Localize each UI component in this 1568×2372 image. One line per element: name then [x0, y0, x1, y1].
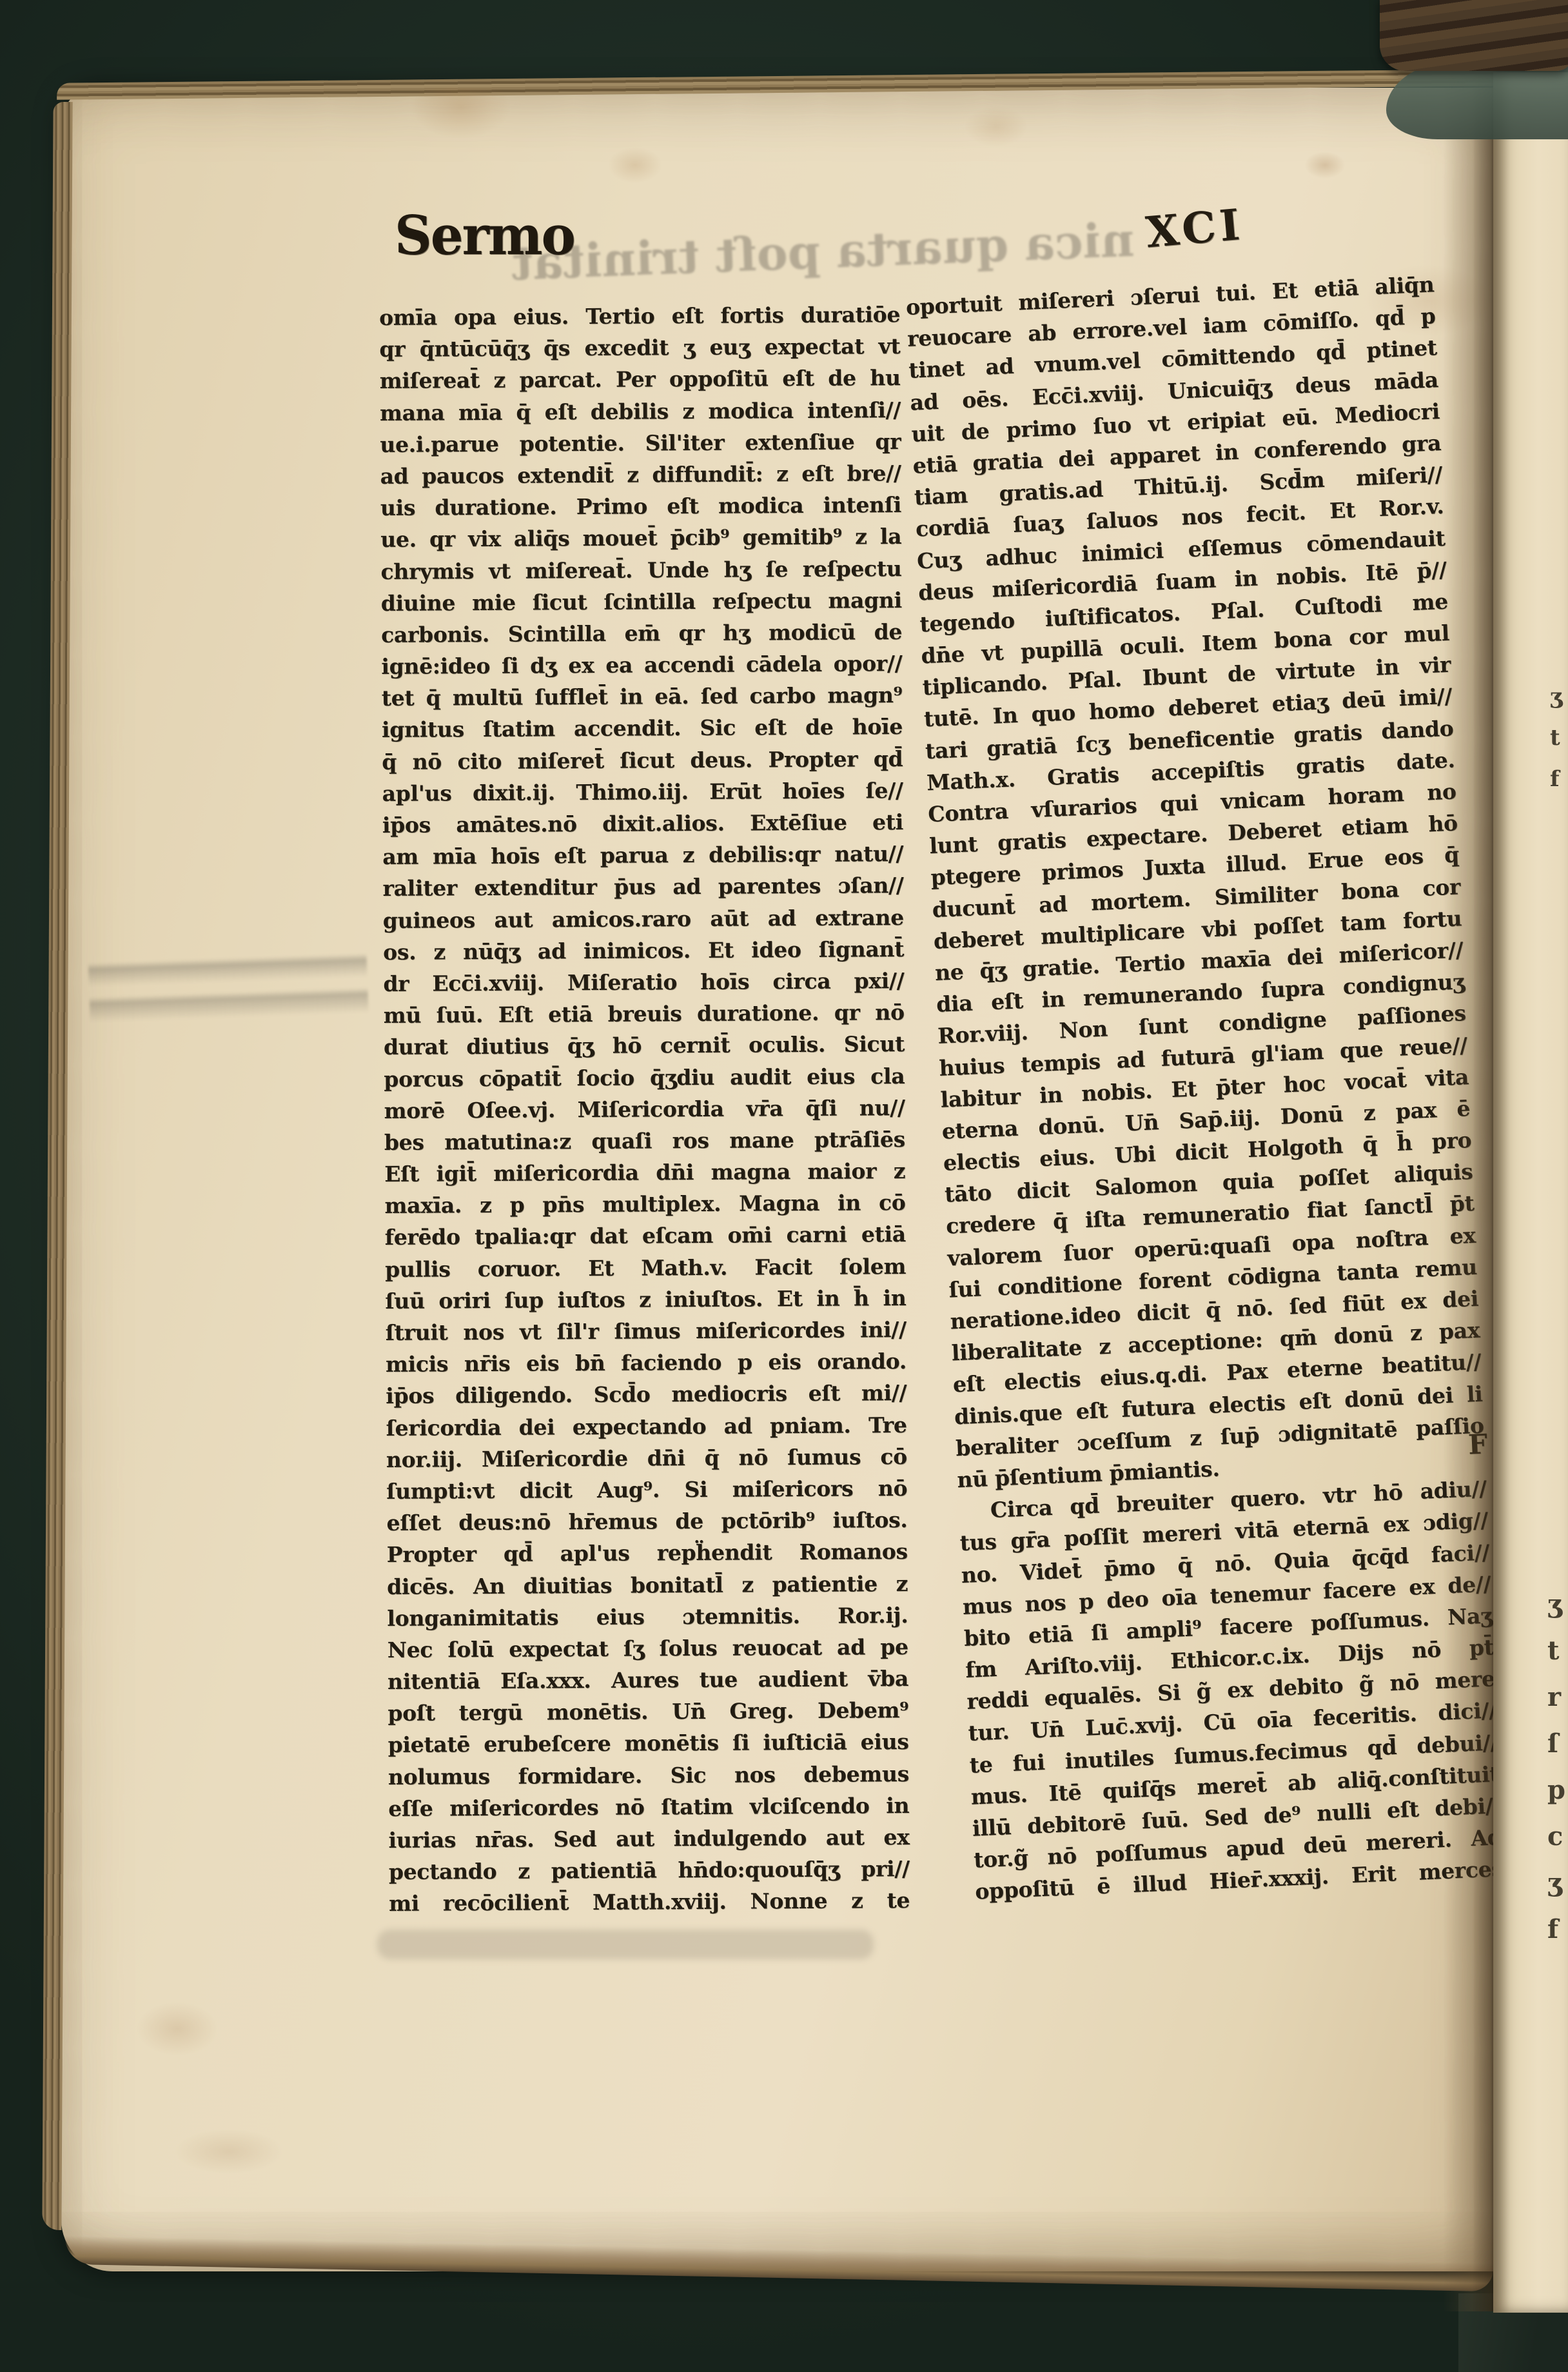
- text-line: ad paucos extendit̄ z diffundit̄: z eſt …: [380, 457, 901, 492]
- text-line: chrymis vt miſereat̄. Unde hʒ ſe reſpect…: [380, 553, 901, 588]
- folio-number: XCI: [1144, 195, 1291, 272]
- margin-ink-smudge: [88, 938, 369, 1033]
- text-line: os. z nūq̄ʒ ad inimicos. Et ideo ſignant…: [383, 933, 904, 968]
- text-line: q̄ nō cito miſeret̄ ſicut deus. Propter …: [382, 743, 903, 778]
- text-line: ip̄os diligendo. Scd̄o mediocris eſt mi/…: [386, 1377, 906, 1412]
- text-line: raliter extenditur p̄us ad parentes ɔſan…: [382, 869, 903, 904]
- text-line: nolumus formidare. Sic nos debemus: [388, 1758, 909, 1793]
- signature-mark: F: [1467, 1428, 1488, 1460]
- text-line: uis duratione. Primo eſt modica intenſi: [380, 489, 901, 524]
- facing-page-clipped-text-upper: ʒ t f: [1550, 676, 1568, 800]
- text-line: ignē:ideo ſi dʒ ex ea accendi cādela opo…: [381, 647, 902, 682]
- text-line: eſſet deus:nō hr̄emus de pctōrib⁹ iuſtos…: [386, 1504, 907, 1539]
- text-line: bes matutina:z quaſi ros mane ptrāſiēs: [384, 1123, 905, 1158]
- text-line: ip̄os amātes.nō dixit.alios. Extēſiue et…: [382, 806, 903, 841]
- text-line: ſumpti:vt dicit Aug⁹. Si miſericors nō: [386, 1472, 907, 1507]
- text-line: maxīa. z p pn̄s multiplex. Magna in cō: [384, 1187, 905, 1221]
- text-line: am mīa hoīs eſt parua z debilis:qr natu/…: [382, 838, 903, 873]
- text-line: porcus cōpatit̄ ſocio q̄ʒdiu audit eius …: [384, 1060, 905, 1095]
- text-line: ſericordia dei expectando ad pniam. Tre: [386, 1409, 907, 1444]
- text-line: ſuū oriri ſup iuſtos z iniuſtos. Et in h…: [385, 1282, 906, 1317]
- text-line: Propter qd̄ apl'us repḧendit Romanos: [387, 1536, 908, 1570]
- running-title: Sermo: [395, 204, 562, 277]
- facing-page-clipped-text-lower: ʒ t r ſ p c ʒ f: [1547, 1581, 1567, 1953]
- text-line: Nec ſolū expectat ſʒ ſolus reuocat ad pe: [387, 1631, 908, 1666]
- text-line: Eſt igit̄ miſericordia dn̄i magna maior …: [384, 1155, 905, 1190]
- leather-binding: [1380, 0, 1568, 71]
- headband-cloth: [1386, 62, 1568, 139]
- text-line: morē Oſee.vj. Miſericordia vr̄a q̄ſi nu/…: [384, 1092, 905, 1127]
- text-line: miſereat̄ z parcat. Per oppoſitū eſt de …: [380, 362, 901, 397]
- text-line: pietatē erubeſcere monētis ſi iuſticiā e…: [388, 1726, 909, 1761]
- text-line: omīa opa eius. Tertio eſt fortis duratiō…: [379, 299, 900, 333]
- text-line: eſſe miſericordes nō ſtatim vlciſcendo i…: [388, 1790, 909, 1824]
- facing-page-sliver: ʒ t f ʒ t r ſ p c ʒ f: [1493, 72, 1568, 2313]
- text-line: ue.i.parue potentie. Sil'iter extenſiue …: [380, 426, 901, 460]
- text-line: pectando z patientiā hn̄do:quouſq̄ʒ pri/…: [389, 1853, 910, 1888]
- text-line: nor.iij. Miſericordie dn̄i q̄ nō ſumus c…: [386, 1441, 907, 1476]
- text-line: ſtruit nos vt ſil'r ſimus miſericordes i…: [386, 1314, 906, 1349]
- showthrough-band-bottom: [377, 1930, 874, 1959]
- text-line: diuine mie ſicut ſcintilla reſpectu magn…: [381, 584, 902, 619]
- text-line: micis nr̄is eis bn̄ faciendo p eis orand…: [386, 1345, 906, 1380]
- book-photo-scene: nica quarta poſt trinitat Sermo XCI omīa…: [0, 0, 1568, 2372]
- text-line: pullis coruor. Et Math.v. Facit ſolem: [385, 1250, 906, 1285]
- text-line: nitentiā Eſa.xxx. Aures tue audient v̄ba: [387, 1663, 908, 1697]
- text-line: carbonis. Scintilla em̄ qr hʒ modicū de: [381, 616, 902, 651]
- text-line: tet q̄ multū ſufflet̄ in eā. ſed carbo m…: [382, 679, 903, 714]
- text-line: dr Ecc̄i.xviij. Miſeratio hoīs circa pxi…: [383, 965, 904, 1000]
- text-line: qr q̄ntūcūq̄ʒ q̄s excedit ʒ euʒ expectat…: [379, 330, 900, 365]
- text-line: iurias nr̄as. Sed aut indulgendo aut ex: [388, 1821, 909, 1856]
- text-line: ue. qr vix aliq̄s mouet̄ p̄cib⁹ gemitib⁹…: [380, 520, 901, 555]
- text-line: apl'us dixit.ij. Thimo.iij. Erūt hoīes ſ…: [382, 775, 903, 809]
- text-line: durat diutius q̄ʒ hō cernit̄ oculis. Sic…: [384, 1028, 905, 1063]
- text-column-right: F oportuit miſereri ɔſerui tui. Et etiā …: [905, 268, 1504, 1908]
- text-line: mū ſuū. Eſt etiā breuis duratione. qr nō: [384, 996, 905, 1031]
- text-line: poſt tergū monētis. Un̄ Greg. Debem⁹: [387, 1694, 908, 1729]
- text-line: longanimitatis eius ɔtemnitis. Ror.ij.: [387, 1599, 908, 1634]
- text-line: dicēs. An diuitias bonitatl̄ z patientie…: [387, 1568, 908, 1603]
- text-line: mana mīa q̄ eſt debilis z modica intenſi…: [380, 394, 901, 429]
- text-column-left: omīa opa eius. Tertio eſt fortis duratiō…: [379, 299, 910, 1919]
- text-line: guineos aut amicos.raro aūt ad extrane: [383, 902, 904, 936]
- text-line: ignitus ſtatim accendit. Sic eſt de hoīe: [382, 711, 903, 746]
- text-line: mi recōcilient̄ Matth.xviij. Nonne z te: [389, 1884, 910, 1919]
- text-line: ferēdo tpalia:qr dat eſcam om̄i carni et…: [385, 1218, 906, 1253]
